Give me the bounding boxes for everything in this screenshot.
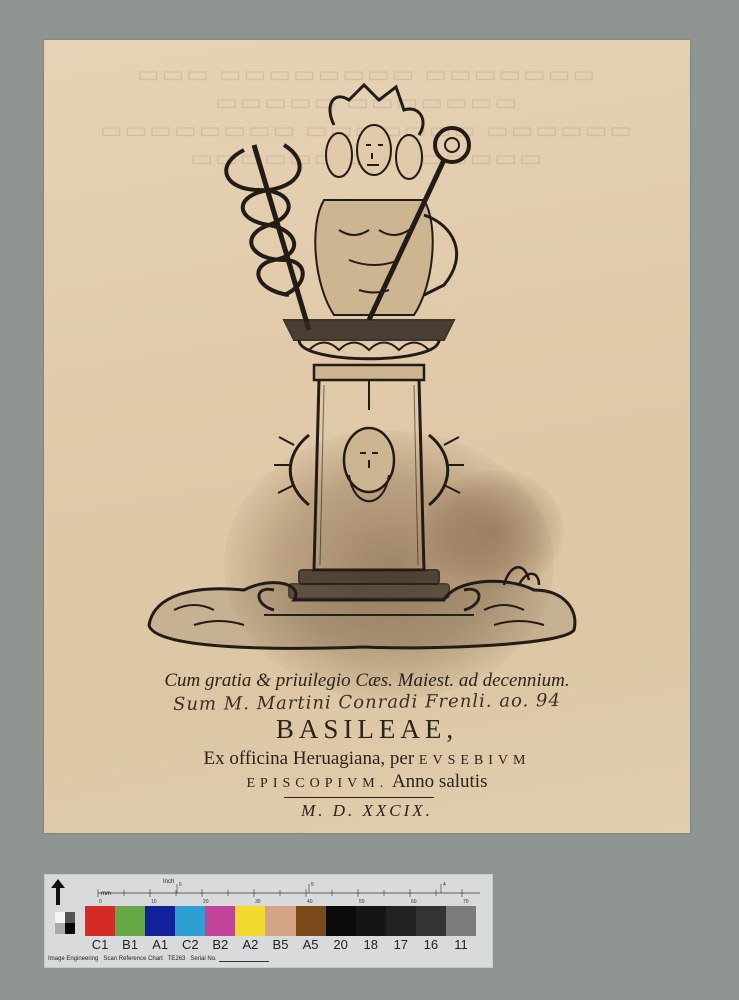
- patch-label: 20: [326, 937, 356, 952]
- manuscript-ownership-note: Sum M. Martini Conradi Frenli. ao. 94: [44, 689, 690, 717]
- printer-name: EVSEBIVM: [419, 753, 531, 768]
- svg-text:5: 5: [311, 882, 314, 888]
- patch-c2: [175, 906, 205, 936]
- patch-labels: C1 B1 A1 C2 B2 A2 B5 A5 20 18 17 16 11: [85, 937, 476, 952]
- imprint-line-2-text: Anno salutis: [388, 771, 487, 792]
- patch-18: [356, 906, 386, 936]
- patch-b5: [265, 906, 295, 936]
- patch-label: 16: [416, 937, 446, 952]
- patch-b1: [115, 906, 145, 936]
- patch-11: [446, 906, 476, 936]
- imprint-line-1: Ex officina Heruagiana, per EVSEBIVM: [44, 748, 690, 770]
- svg-text:30: 30: [255, 899, 261, 905]
- divider-rule: [284, 797, 434, 798]
- imprint-line-2: EPISCOPIVM. Anno salutis: [44, 771, 690, 793]
- up-arrow-icon: [51, 879, 65, 905]
- patch-label: A2: [235, 937, 265, 952]
- brand-label: Image Engineering: [48, 956, 98, 962]
- patch-b2: [205, 906, 235, 936]
- svg-text:60: 60: [411, 899, 417, 905]
- patch-a5: [296, 906, 326, 936]
- patch-label: 11: [446, 937, 476, 952]
- svg-text:40: 40: [307, 899, 313, 905]
- svg-text:0: 0: [99, 899, 102, 905]
- patch-label: C2: [175, 937, 205, 952]
- patch-a1: [145, 906, 175, 936]
- model-label: TE263: [168, 956, 186, 962]
- patch-label: A1: [145, 937, 175, 952]
- printer-surname: EPISCOPIVM.: [247, 776, 389, 791]
- svg-text:6: 6: [179, 882, 182, 888]
- patch-20: [326, 906, 356, 936]
- title-page: ▭▭▭ ▭▭▭▭▭▭▭▭ ▭▭▭▭▭▭▭ ▭▭▭▭▭ ▭▭▭▭▭▭▭ ▭▭▭▭▭…: [44, 40, 690, 833]
- chart-name-label: Scan Reference Chart: [103, 956, 162, 962]
- serial-label: Serial No.: [190, 956, 216, 962]
- patch-c1: [85, 906, 115, 936]
- imprint-line-1-text: Ex officina Heruagiana, per: [204, 748, 419, 769]
- publication-year: M. D. XXCIX.: [44, 801, 690, 821]
- patch-label: A5: [296, 937, 326, 952]
- patch-17: [386, 906, 416, 936]
- svg-text:10: 10: [151, 899, 157, 905]
- chart-footer: Image Engineering Scan Reference Chart T…: [48, 956, 269, 962]
- color-patches: [85, 906, 476, 936]
- patch-16: [416, 906, 446, 936]
- svg-text:50: 50: [359, 899, 365, 905]
- patch-label: C1: [85, 937, 115, 952]
- scan-reference-chart: mm Inch 0102030 40506070 654: [44, 874, 493, 968]
- gray-reference-squares: [55, 912, 75, 934]
- svg-text:20: 20: [203, 899, 209, 905]
- patch-label: 17: [386, 937, 416, 952]
- imprint-city: BASILEAE,: [44, 714, 690, 745]
- patch-label: B2: [205, 937, 235, 952]
- printers-device-woodcut: [134, 65, 594, 655]
- serial-blank: [219, 961, 269, 962]
- patch-label: 18: [356, 937, 386, 952]
- svg-text:4: 4: [443, 882, 446, 888]
- measurement-ruler: 0102030 40506070 654: [95, 881, 485, 905]
- patch-a2: [235, 906, 265, 936]
- svg-text:70: 70: [463, 899, 469, 905]
- patch-label: B1: [115, 937, 145, 952]
- patch-label: B5: [265, 937, 295, 952]
